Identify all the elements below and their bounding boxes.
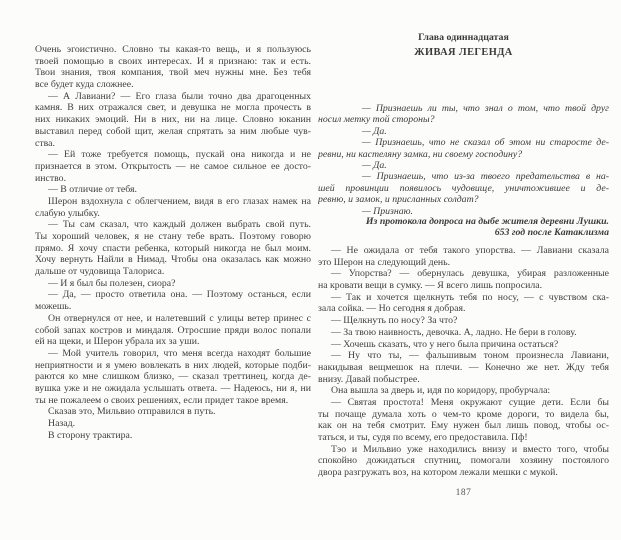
text-line: выставил перед собой щит, желая спрятать…	[35, 126, 311, 138]
page-number: 187	[318, 488, 609, 498]
text-line: твоей помощью в своих интересах. И я при…	[35, 56, 311, 68]
text-line: вушка уже и не ожидала услышать ответа. …	[35, 383, 311, 395]
text-line: таться, и ты, судя по всему, его предост…	[318, 432, 609, 444]
text-line: Очень эгоистично. Словно ты какая-то вещ…	[35, 44, 311, 56]
text-line: признается в этом. Открытость — не самое…	[35, 161, 311, 173]
text-line: зала сойка. — Но сегодня я добрая.	[318, 303, 609, 315]
text-line: слабую улыбку.	[35, 208, 311, 220]
text-line: В сторону трактира.	[35, 430, 311, 442]
epigraph-line: ревню, и замок, и присланных солдат?	[318, 194, 609, 205]
epigraph-line: — Признаешь, что не сказал об этом ни ст…	[318, 137, 609, 148]
chapter-number: Глава одиннадцатая	[318, 30, 609, 45]
text-line: дальше от чудовища Талориса.	[35, 266, 311, 278]
text-line: инство.	[35, 173, 311, 185]
text-line: раются ко мне слишком близко, — сказал т…	[35, 371, 311, 383]
text-line: двора разгружать воз, на котором лежали …	[318, 467, 609, 479]
text-line: как он на тебя смотрит. Ему нужен был ли…	[318, 420, 609, 432]
text-line: — Не ожидала от тебя такого упорства. — …	[318, 245, 609, 257]
text-line: — А Лавиани? — Его глаза были точно два …	[35, 91, 311, 103]
text-line: них никаких эмоций. Ни в них, ни на лице…	[35, 114, 311, 126]
text-line: прямо. Я хочу спасти ребенка, который ни…	[35, 243, 311, 255]
text-line: — Да, — просто ответила она. — Поэтому о…	[35, 289, 311, 301]
text-line: можешь.	[35, 301, 311, 313]
text-line: — Ты сам сказал, что каждый должен выбра…	[35, 219, 311, 231]
text-line: Сказав это, Мильвио отправился в путь.	[35, 406, 311, 418]
text-line: — Так и хочется щелкнуть тебя по носу, —…	[318, 292, 609, 304]
epigraph-attribution: Из протокола допроса на дыбе жителя дере…	[318, 216, 609, 239]
text-line: это Шерон на следующий день.	[318, 257, 609, 269]
text-line: ты не пожалеем о своих решениях, если пр…	[35, 395, 311, 407]
epigraph-line: носил метку той стороны?	[318, 114, 609, 125]
text-line: на кровати вещи в сумку. — Я всего лишь …	[318, 280, 609, 292]
attribution-line: Из протокола допроса на дыбе жителя дере…	[318, 216, 609, 227]
epigraph-line: ревни, ни кастеляну замка, ни своему гос…	[318, 149, 609, 160]
attribution-line: 653 год после Катаклизма	[318, 227, 609, 238]
text-line: все будет куда сложнее.	[35, 79, 311, 91]
text-line: — Ей тоже требуется помощь, пускай она н…	[35, 149, 311, 161]
right-page: Глава одиннадцатая ЖИВАЯ ЛЕГЕНДА — Призн…	[318, 30, 609, 535]
epigraph-line: — Признаешь, что из-за твоего предательс…	[318, 171, 609, 182]
text-line: — Ну что ты, — фальшивым тоном произнесл…	[318, 350, 609, 362]
text-line: Ты хороший человек, я не стану тебе врат…	[35, 231, 311, 243]
text-line: накидывая вещмешок на плечи. — Конечно ж…	[318, 362, 609, 374]
left-page: Очень эгоистично. Словно ты какая-то вещ…	[35, 44, 311, 441]
text-line: Шерон вздохнула с облегчением, видя в ег…	[35, 196, 311, 208]
epigraph: — Признаешь ли ты, что знал о том, что т…	[318, 103, 609, 217]
epigraph-line: шей провинции появилось чудовище, уничто…	[318, 183, 609, 194]
text-line: — Упорства? — обернулась девушка, убирая…	[318, 268, 609, 280]
text-line: ства.	[35, 138, 311, 150]
text-line: — Мой учитель говорил, что меня всегда н…	[35, 348, 311, 360]
text-line: Твои знания, твоя компания, твой меч нуж…	[35, 67, 311, 79]
text-line: ты почаще думала хоть о чем-то кроме дор…	[318, 409, 609, 421]
text-line: — Хочешь сказать, что у него была причин…	[318, 339, 609, 351]
text-line: собой запах костров и миндаля. Отросшие …	[35, 325, 311, 337]
book-spread: Очень эгоистично. Словно ты какая-то вещ…	[0, 0, 621, 540]
text-line: Он отвернулся от нее, и налетевший с ули…	[35, 313, 311, 325]
epigraph-line: — Да.	[318, 160, 609, 171]
text-line: Назад.	[35, 418, 311, 430]
text-line: внизу. Давай побыстрее.	[318, 374, 609, 386]
text-line: Она вышла за дверь и, идя по коридору, п…	[318, 385, 609, 397]
text-line: — И я был бы полезен, сиора?	[35, 278, 311, 290]
text-line: спокойно дожидаться спутниц, помогали хо…	[318, 455, 609, 467]
text-line: камня. В них отражался свет, и девушка н…	[35, 102, 311, 114]
text-line: Хочу вернуть Найли в Нимад. Чтобы она ок…	[35, 254, 311, 266]
page-body: — Не ожидала от тебя такого упорства. — …	[318, 245, 609, 479]
text-line: ей на щеки, и Шерон убрала их за уши.	[35, 336, 311, 348]
text-line: — В отличие от тебя.	[35, 184, 311, 196]
text-line: — Святая простота! Меня окружают сущие д…	[318, 397, 609, 409]
epigraph-line: — Признаешь ли ты, что знал о том, что т…	[318, 103, 609, 114]
chapter-header: Глава одиннадцатая ЖИВАЯ ЛЕГЕНДА	[318, 30, 609, 60]
chapter-title: ЖИВАЯ ЛЕГЕНДА	[318, 45, 609, 60]
text-line: — Щелкнуть по носу? За что?	[318, 315, 609, 327]
text-line: неприятности и я умею вовлекать в них лю…	[35, 360, 311, 372]
text-line: — За твою наивность, девочка. А, ладно. …	[318, 327, 609, 339]
text-line: Тэо и Мильвио уже находились внизу и вме…	[318, 444, 609, 456]
epigraph-line: — Да.	[318, 126, 609, 137]
